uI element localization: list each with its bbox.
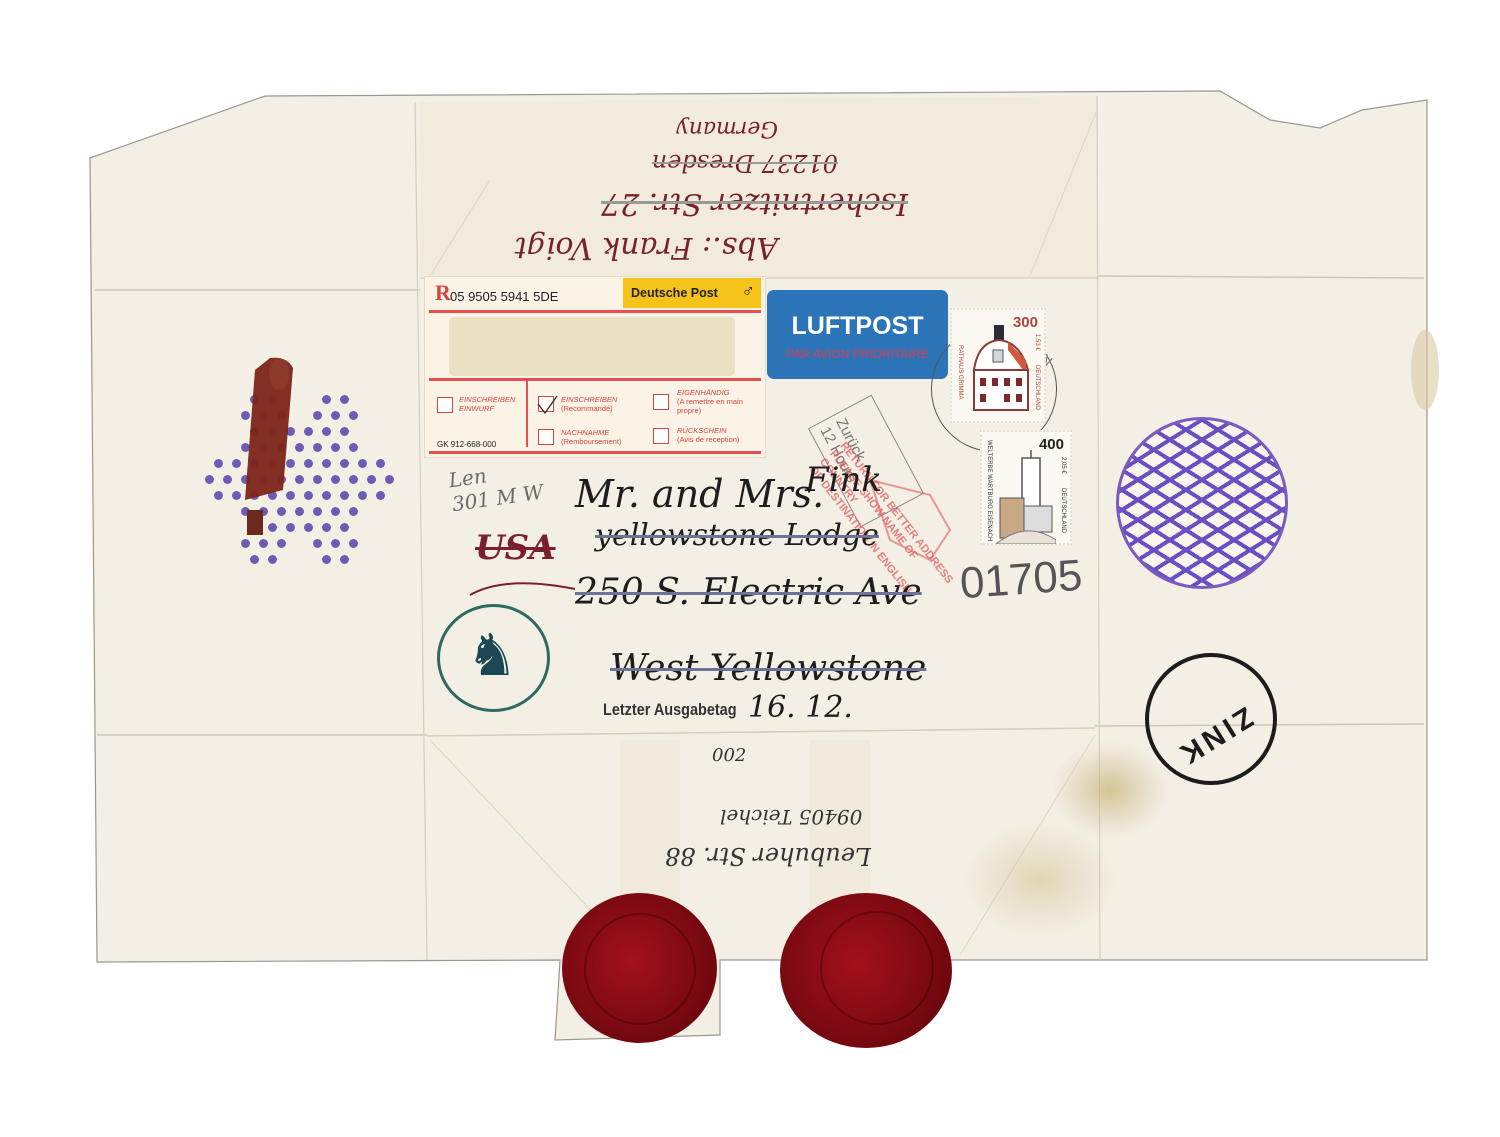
envelope: Abs.: Frank Voigt Ischertnitzer Str. 27 … [0, 0, 1500, 1137]
label-divider [429, 378, 761, 381]
dot [205, 475, 214, 484]
castle-icon [996, 450, 1056, 544]
dot [340, 427, 349, 436]
sender-street: Ischertnitzer Str. 27 [601, 186, 908, 221]
checkbox-einschreiben-recommande[interactable] [538, 396, 554, 412]
dot [331, 475, 340, 484]
posthorn-icon: ♂ [742, 281, 756, 302]
recipient-line-4: West Yellowstone [610, 648, 926, 689]
registered-r-mark: R [435, 280, 451, 306]
back-note-line2: Leubuher Str. 88 [665, 842, 871, 870]
back-note-code: 002 [712, 745, 746, 766]
net-pattern-stamp [1116, 417, 1288, 589]
recipient-country: USA [475, 528, 556, 568]
stamp-euro: 2,05 € [1060, 457, 1066, 474]
stamp-euro: 1,53 € [1034, 334, 1040, 351]
exclamation-mark-paint [235, 350, 305, 550]
dot [349, 539, 358, 548]
checkbox-eigenhaendig[interactable] [653, 394, 669, 410]
label-divider [429, 310, 761, 313]
dot [376, 491, 385, 500]
dot [223, 475, 232, 484]
label-divider [429, 451, 761, 454]
registration-header: R 05 9505 5941 5DE Deutsche Post ♂ [425, 277, 765, 310]
dot [349, 475, 358, 484]
dot [322, 395, 331, 404]
dot [340, 395, 349, 404]
label-column-divider [526, 379, 528, 447]
stamp-country: DEUTSCHLAND [1034, 365, 1040, 410]
recipient-line-3: 250 S. Electric Ave [575, 572, 922, 613]
dot [349, 507, 358, 516]
back-note-line1: 09405 Teichel [720, 805, 862, 829]
checkbox-nachnahme[interactable] [538, 429, 554, 445]
dot [349, 411, 358, 420]
stamp-caption: WELTERBE WARTBURG EISENACH [986, 440, 992, 541]
dot [313, 475, 322, 484]
checkmark-icon [536, 394, 558, 416]
seal-emblem [584, 913, 696, 1025]
dot [340, 459, 349, 468]
dot [322, 427, 331, 436]
wax-seal-right [780, 893, 952, 1048]
airmail-label: LUFTPOST PAR AVION PRIORITAIRE [767, 290, 948, 379]
stamp-country: DEUTSCHLAND [1060, 488, 1066, 533]
dot [322, 555, 331, 564]
dot [331, 507, 340, 516]
dot [367, 475, 376, 484]
dot [313, 443, 322, 452]
dot [268, 555, 277, 564]
form-code: GK 912-668-000 [437, 440, 496, 449]
dot [385, 475, 394, 484]
seal-emblem [820, 911, 934, 1025]
sender-address: Abs.: Frank Voigt Ischertnitzer Str. 27 … [488, 98, 928, 273]
carrier-name: Deutsche Post [631, 286, 718, 300]
dot [349, 443, 358, 452]
address-window [449, 317, 735, 376]
recipient-line-1: Mr. and Mrs. [575, 472, 824, 516]
dot [214, 491, 223, 500]
dot [331, 443, 340, 452]
dot [376, 459, 385, 468]
recipient-line-2: yellowstone Lodge [595, 518, 879, 553]
option-label: RÜCKSCHEIN(Avis de reception) [677, 426, 739, 444]
dot [313, 539, 322, 548]
last-issue-date-stamp: Letzter Ausgabetag [603, 700, 737, 720]
airmail-title: LUFTPOST [767, 312, 948, 341]
dot [304, 427, 313, 436]
option-label: EINSCHREIBEN(Recommandé) [561, 395, 617, 413]
dot [358, 459, 367, 468]
last-issue-date: 16. 12. [748, 690, 853, 725]
option-label: EINSCHREIBENEINWURF [459, 395, 515, 413]
zink-text: ZINK [1171, 699, 1259, 771]
option-label: EIGENHÄNDIG(A remettre en main propre) [677, 388, 767, 415]
checkbox-einschreiben-einwurf[interactable] [437, 397, 453, 413]
sender-name-text: Frank Voigt [515, 230, 693, 265]
registration-label: R 05 9505 5941 5DE Deutsche Post ♂ EINSC… [424, 276, 766, 458]
dot [304, 491, 313, 500]
town-hall-icon [968, 320, 1034, 420]
tracking-number: 05 9505 5941 5DE [450, 289, 558, 304]
airmail-subtitle: PAR AVION PRIORITAIRE [767, 347, 948, 361]
dot [322, 523, 331, 532]
dot [214, 459, 223, 468]
red-underline-swoosh [465, 575, 585, 605]
stamp-caption: RATHAUS GRIMMA [957, 345, 963, 400]
sender-name: Abs.: Frank Voigt [515, 230, 778, 265]
wax-seal-left [562, 893, 717, 1043]
dot [304, 523, 313, 532]
option-label: NACHNAHME(Remboursement) [561, 428, 621, 446]
dot [331, 411, 340, 420]
stamp-rathaus-grimma: 300 RATHAUS GRIMMA 1,53 € DEUTSCHLAND [950, 308, 1046, 423]
dot [250, 555, 259, 564]
dot [313, 507, 322, 516]
checkbox-rueckschein[interactable] [653, 428, 669, 444]
dot [340, 491, 349, 500]
stamp-wartburg-eisenach: 400 WELTERBE WARTBURG EISENACH 2,05 € DE… [980, 430, 1072, 545]
sender-label: Abs.: [702, 230, 778, 265]
dot [322, 491, 331, 500]
dot [304, 459, 313, 468]
recipient-zip: 01705 [958, 551, 1084, 609]
signature: Fink [805, 460, 882, 500]
dot [340, 555, 349, 564]
zink-stamp: ZINK [1145, 653, 1277, 785]
griffin-icon: ♞ [466, 621, 518, 689]
dot [322, 459, 331, 468]
deutsche-post-badge: Deutsche Post ♂ [623, 278, 761, 308]
dot [313, 411, 322, 420]
sender-city: 01237 Dresden [652, 149, 838, 177]
sender-country: Germany [676, 116, 778, 141]
dot [358, 491, 367, 500]
dot [340, 523, 349, 532]
last-issue-label: Letzter Ausgabetag [603, 700, 737, 719]
griffin-stamp: ♞ [437, 604, 550, 712]
dot [331, 539, 340, 548]
